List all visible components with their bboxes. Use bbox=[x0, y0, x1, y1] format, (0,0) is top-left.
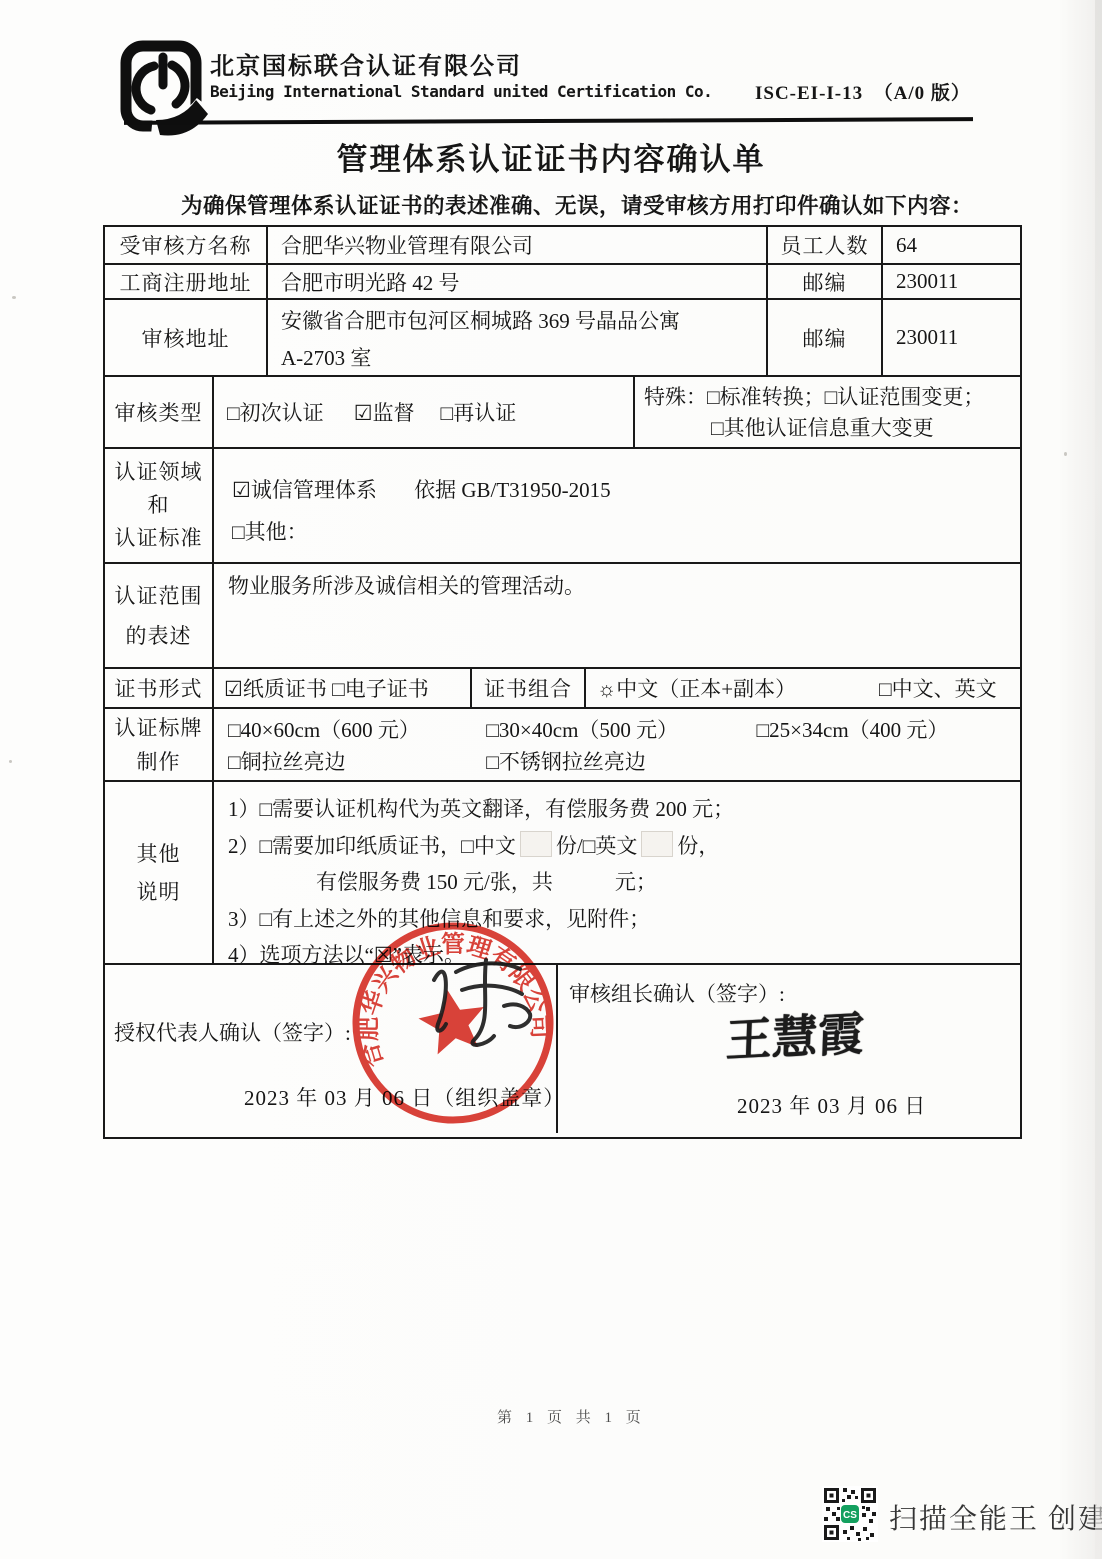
cert-field-label-line3: 认证标准 bbox=[115, 522, 203, 555]
english-copies-blank bbox=[641, 831, 673, 857]
company-name-en: Beijing International Standard united Ce… bbox=[210, 82, 712, 101]
scan-speck bbox=[12, 296, 16, 299]
cert-field-label: 认证领域 和 认证标准 bbox=[105, 449, 214, 562]
note-item-2d: 有偿服务费 150 元/张，共 bbox=[316, 870, 553, 894]
standard-reference: 依据 GB/T31950-2015 bbox=[414, 478, 611, 502]
authorized-representative-signature bbox=[420, 942, 570, 1067]
special-line2: □其他认证信息重大变更 bbox=[644, 413, 1016, 444]
plaque-edge1-checkbox: □铜拉丝亮边 bbox=[228, 746, 481, 778]
intro-before: 为确保管理体系认证证书的表述准确、无误，请受审核方用 bbox=[181, 194, 753, 218]
company-name-cn: 北京国标联合认证有限公司 bbox=[210, 46, 522, 81]
header-divider bbox=[124, 117, 973, 125]
camscanner-badge-label: CS bbox=[843, 1510, 857, 1521]
audit-address-line1: 安徽省合肥市包河区桐城路 369 号晶品公寓 bbox=[281, 303, 766, 340]
plaque-edge2-checkbox: □不锈钢拉丝亮边 bbox=[486, 750, 646, 774]
audit-address-label: 审核地址 bbox=[105, 300, 268, 375]
page-number: 第 1 页 共 1 页 bbox=[497, 1406, 646, 1427]
scan-edge-artifact bbox=[1095, 0, 1102, 1559]
cert-scope-label: 认证范围 的表述 bbox=[105, 564, 214, 667]
row-other-notes: 其他 说明 1）□需要认证机构代为英文翻译，有偿服务费 200 元； 2）□需要… bbox=[105, 782, 1020, 965]
other-notes-label: 其他 说明 bbox=[105, 782, 214, 963]
plaque-size3-checkbox: □25×34cm（400 元） bbox=[757, 718, 949, 742]
cert-combo-options: ☼中文（正本+副本） □中文、英文 bbox=[586, 669, 1016, 707]
plaque-label-line1: 认证标牌 bbox=[115, 711, 203, 745]
row-cert-form: 证书形式 ☑纸质证书 □电子证书 证书组合 ☼中文（正本+副本） □中文、英文 bbox=[105, 669, 1020, 709]
zip-value-2: 230011 bbox=[883, 300, 1016, 375]
zip-label-1: 邮编 bbox=[768, 265, 883, 298]
other-notes-label-line2: 说明 bbox=[137, 873, 181, 911]
audited-org-label: 受审核方名称 bbox=[105, 227, 268, 263]
cert-field-label-line1: 认证领域 bbox=[115, 456, 203, 489]
authorized-representative-label: 授权代表人确认（签字）: bbox=[114, 1017, 351, 1047]
scanned-document-page: 北京国标联合认证有限公司 Beijing International Stand… bbox=[0, 0, 1102, 1559]
note-item-2b: 份/□英文 bbox=[556, 834, 638, 858]
note-item-2-cont: 有偿服务费 150 元/张，共元； bbox=[228, 864, 1016, 901]
audit-address-value: 安徽省合肥市包河区桐城路 369 号晶品公寓 A-2703 室 bbox=[268, 300, 768, 375]
plaque-label: 认证标牌 制作 bbox=[105, 709, 214, 780]
zip-value-1: 230011 bbox=[883, 265, 1016, 298]
row-audited-org: 受审核方名称 合肥华兴物业管理有限公司 员工人数 64 bbox=[105, 227, 1020, 265]
cert-combo-label: 证书组合 bbox=[472, 669, 586, 707]
row-audit-address: 审核地址 安徽省合肥市包河区桐城路 369 号晶品公寓 A-2703 室 邮编 … bbox=[105, 300, 1020, 377]
audited-org-value: 合肥华兴物业管理有限公司 bbox=[268, 227, 768, 263]
cert-field-other-checkbox: □其他： bbox=[232, 511, 1016, 553]
plaque-label-line2: 制作 bbox=[137, 745, 181, 779]
combo-chinese-option: ☼中文（正本+副本） bbox=[597, 673, 879, 703]
intro-bold: 打印件 bbox=[753, 194, 819, 218]
cert-form-paper-options: ☑纸质证书 □电子证书 bbox=[214, 669, 472, 707]
cert-form-label: 证书形式 bbox=[105, 669, 214, 707]
registered-address-value: 合肥市明光路 42 号 bbox=[268, 265, 768, 298]
row-cert-scope: 认证范围 的表述 物业服务所涉及诚信相关的管理活动。 bbox=[105, 564, 1020, 669]
scan-speck bbox=[1064, 452, 1067, 456]
camscanner-credit-text: 扫描全能王 创建 bbox=[889, 1497, 1102, 1537]
cert-field-content: ☑诚信管理体系 依据 GB/T31950-2015 □其他： bbox=[214, 449, 1016, 562]
note-item-1: 1）□需要认证机构代为英文翻译，有偿服务费 200 元； bbox=[228, 791, 1016, 828]
audit-type-initial-checkbox: □初次认证 bbox=[227, 397, 324, 427]
plaque-size1-checkbox: □40×60cm（600 元） bbox=[228, 714, 481, 746]
audit-type-recert-checkbox: □再认证 bbox=[441, 397, 517, 427]
certification-body-logo-icon bbox=[118, 40, 210, 142]
row-cert-field: 认证领域 和 认证标准 ☑诚信管理体系 依据 GB/T31950-2015 □其… bbox=[105, 449, 1020, 564]
zip-label-2: 邮编 bbox=[768, 300, 883, 375]
note-item-2a: 2）□需要加印纸质证书，□中文 bbox=[228, 834, 516, 858]
plaque-size2-checkbox: □30×40cm（500 元） bbox=[486, 714, 751, 746]
qr-code: CS bbox=[822, 1486, 878, 1542]
other-notes-label-line1: 其他 bbox=[137, 835, 181, 873]
audit-type-label: 审核类型 bbox=[105, 377, 214, 447]
row-registered-address: 工商注册地址 合肥市明光路 42 号 邮编 230011 bbox=[105, 265, 1020, 300]
audit-team-leader-cell: 审核组长确认（签字）: 王慧霞 2023 年 03 月 06 日 bbox=[558, 965, 1016, 1133]
page-title: 管理体系认证证书内容确认单 bbox=[0, 134, 1102, 179]
scan-speck bbox=[9, 760, 12, 763]
staff-count-label: 员工人数 bbox=[768, 227, 883, 263]
cert-scope-label-line1: 认证范围 bbox=[115, 576, 203, 616]
audit-team-leader-signature: 王慧霞 bbox=[725, 997, 865, 1070]
intro-text: 为确保管理体系认证证书的表述准确、无误，请受审核方用打印件确认如下内容： bbox=[181, 189, 973, 220]
chinese-copies-blank bbox=[520, 831, 552, 857]
note-item-2c: 份， bbox=[677, 834, 719, 858]
form-code: ISC-EI-I-13 （A/0 版） bbox=[755, 78, 971, 105]
audit-team-leader-date: 2023 年 03 月 06 日 bbox=[737, 1090, 926, 1120]
cert-field-label-line2: 和 bbox=[148, 489, 170, 522]
note-item-2e: 元； bbox=[615, 870, 657, 894]
integrity-system-checkbox: ☑诚信管理体系 bbox=[232, 478, 377, 502]
registered-address-label: 工商注册地址 bbox=[105, 265, 268, 298]
row-audit-type: 审核类型 □初次认证 ☑监督 □再认证 特殊：□标准转换；□认证范围变更； □其… bbox=[105, 377, 1020, 449]
audit-type-special: 特殊：□标准转换；□认证范围变更； □其他认证信息重大变更 bbox=[635, 377, 1016, 447]
audit-address-line2: A-2703 室 bbox=[281, 340, 766, 377]
intro-after: 确认如下内容： bbox=[819, 194, 973, 218]
audit-type-surveillance-checkbox: ☑监督 bbox=[354, 397, 415, 427]
row-plaque: 认证标牌 制作 □40×60cm（600 元） □30×40cm（500 元） … bbox=[105, 709, 1020, 782]
special-line1: 特殊：□标准转换；□认证范围变更； bbox=[644, 382, 1016, 413]
staff-count-value: 64 bbox=[883, 227, 1016, 263]
cert-scope-label-line2: 的表述 bbox=[126, 616, 192, 656]
plaque-options: □40×60cm（600 元） □30×40cm（500 元） □25×34cm… bbox=[214, 709, 1016, 780]
cert-scope-content: 物业服务所涉及诚信相关的管理活动。 bbox=[214, 564, 1016, 667]
audit-type-options: □初次认证 ☑监督 □再认证 bbox=[214, 377, 635, 447]
note-item-2: 2）□需要加印纸质证书，□中文份/□英文份， bbox=[228, 828, 1016, 865]
combo-bilingual-checkbox: □中文、英文 bbox=[879, 673, 997, 703]
